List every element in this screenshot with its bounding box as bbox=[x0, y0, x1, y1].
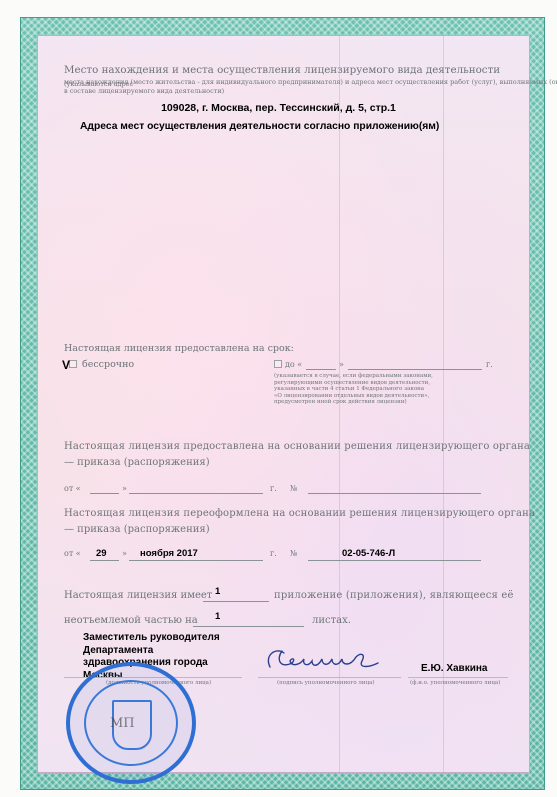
reissued-year-suffix: г. bbox=[270, 549, 277, 558]
reissued-month-year[interactable]: ноября 2017 bbox=[140, 548, 198, 559]
reissued-day-line bbox=[90, 560, 119, 561]
granted-from-prefix: от « bbox=[64, 484, 81, 493]
granted-day-field[interactable] bbox=[90, 493, 119, 494]
signature-line-rule bbox=[258, 677, 401, 678]
granted-number-prefix: № bbox=[290, 484, 298, 493]
reissued-from-prefix: от « bbox=[64, 549, 81, 558]
until-prefix: до « bbox=[285, 360, 302, 369]
appendix-count[interactable]: 1 bbox=[215, 586, 220, 597]
position-line: Заместитель руководителя bbox=[83, 632, 220, 645]
indefinite-checkbox[interactable] bbox=[69, 360, 77, 368]
signatory-name: Е.Ю. Хавкина bbox=[421, 663, 487, 674]
appendix-text-b: приложение (приложения), являющееся её bbox=[274, 590, 514, 601]
granted-year-suffix: г. bbox=[270, 484, 277, 493]
granted-basis-text-2: — приказа (распоряжения) bbox=[64, 457, 210, 468]
appendix-sheets-line bbox=[193, 626, 304, 627]
reissued-quote: » bbox=[122, 549, 127, 558]
reissued-date-line bbox=[129, 560, 263, 561]
until-quote: » bbox=[339, 360, 344, 369]
indefinite-label: бессрочно bbox=[82, 359, 134, 370]
organization-address: 109028, г. Москва, пер. Тессинский, д. 5… bbox=[0, 102, 557, 114]
address-label-note-3: в составе лицензируемого вида деятельнос… bbox=[64, 87, 534, 95]
term-note-line: (указывается в случае, если федеральными… bbox=[274, 373, 434, 380]
official-stamp: МП bbox=[66, 662, 196, 784]
term-note-line: предусмотрен иной срок действия лицензии… bbox=[274, 399, 434, 406]
name-caption: (ф.и.о. уполномоченного лица) bbox=[410, 680, 500, 686]
reissued-number-prefix: № bbox=[290, 549, 298, 558]
until-year-suffix: г. bbox=[486, 360, 493, 369]
until-day-field[interactable] bbox=[306, 369, 336, 370]
address-label-note-2: места нахождения (место жительства - для… bbox=[64, 78, 534, 86]
granted-quote: » bbox=[122, 484, 127, 493]
position-line: Департамента bbox=[83, 645, 220, 658]
reissued-number-line bbox=[308, 560, 481, 561]
check-mark-icon: V bbox=[62, 358, 70, 372]
term-note: (указывается в случае, если федеральными… bbox=[274, 373, 434, 406]
stamp-mp-text: МП bbox=[110, 716, 135, 731]
granted-basis-text: Настоящая лицензия предоставлена на осно… bbox=[64, 441, 530, 452]
reissued-day[interactable]: 29 bbox=[96, 548, 107, 559]
address-label-main: Место нахождения и места осуществления л… bbox=[64, 64, 500, 76]
appendix-text-d: листах. bbox=[312, 615, 351, 626]
appendix-text-c: неотъемлемой частью на bbox=[64, 615, 198, 626]
handwritten-signature-icon bbox=[262, 645, 392, 677]
until-checkbox[interactable] bbox=[274, 360, 282, 368]
granted-number-field[interactable] bbox=[308, 493, 481, 494]
reissued-basis-text-2: — приказа (распоряжения) bbox=[64, 524, 210, 535]
reissued-basis-text: Настоящая лицензия переоформлена на осно… bbox=[64, 508, 535, 519]
appendix-text-a: Настоящая лицензия имеет bbox=[64, 590, 212, 601]
term-label: Настоящая лицензия предоставлена на срок… bbox=[64, 343, 294, 354]
until-date-field[interactable] bbox=[348, 369, 482, 370]
name-line-rule bbox=[408, 677, 508, 678]
appendix-sheets[interactable]: 1 bbox=[215, 611, 220, 622]
signature-caption: (подпись уполномоченного лица) bbox=[277, 680, 375, 686]
term-note-line: регулирующими осуществление видов деятел… bbox=[274, 380, 434, 387]
reissued-number[interactable]: 02-05-746-Л bbox=[342, 548, 395, 559]
appendix-count-line bbox=[203, 601, 269, 602]
granted-date-field[interactable] bbox=[129, 493, 263, 494]
activity-addresses: Адреса мест осуществления деятельности с… bbox=[80, 121, 439, 132]
term-note-line: указанных в части 4 статьи 1 Федеральног… bbox=[274, 386, 434, 393]
